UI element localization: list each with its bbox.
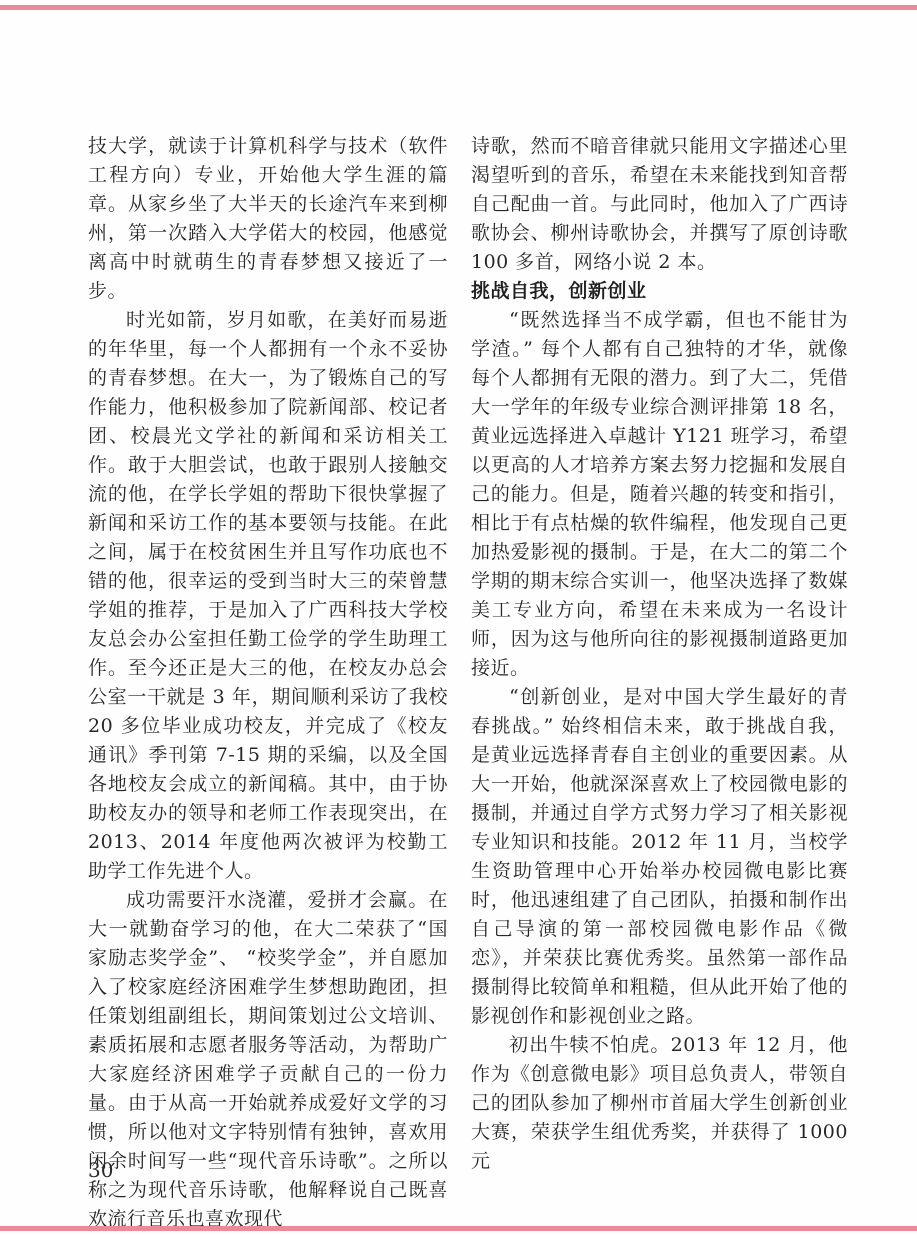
page-content: 技大学，就读于计算机科学与技术（软件工程方向）专业，开始他大学生涯的篇章。从家乡… [88, 132, 848, 1234]
paragraph: 初出牛犊不怕虎。2013 年 12 月，他作为《创意微电影》项目总负责人，带领自… [471, 1031, 848, 1176]
section-heading: 挑战自我，创新创业 [471, 277, 848, 306]
top-accent-rule [0, 5, 917, 10]
paragraph: 技大学，就读于计算机科学与技术（软件工程方向）专业，开始他大学生涯的篇章。从家乡… [88, 132, 448, 306]
paragraph: “既然选择当不成学霸，但也不能甘为学渣。” 每个人都有自己独特的才华，就像每个人… [471, 306, 848, 683]
right-column: 诗歌，然而不暗音律就只能用文字描述心里渴望听到的音乐，希望在未来能找到知音帮自己… [471, 132, 848, 1234]
bottom-accent-rule [0, 1226, 917, 1231]
paragraph: 成功需要汗水浇灌，爱拼才会赢。在大一就勤奋学习的他，在大二荣获了“国家励志奖学金… [88, 886, 448, 1234]
paragraph: 诗歌，然而不暗音律就只能用文字描述心里渴望听到的音乐，希望在未来能找到知音帮自己… [471, 132, 848, 277]
left-column: 技大学，就读于计算机科学与技术（软件工程方向）专业，开始他大学生涯的篇章。从家乡… [88, 132, 448, 1234]
magazine-page: 技大学，就读于计算机科学与技术（软件工程方向）专业，开始他大学生涯的篇章。从家乡… [0, 0, 917, 1235]
paragraph: 时光如箭，岁月如歌，在美好而易逝的年华里，每一个人都拥有一个永不妥协的青春梦想。… [88, 306, 448, 886]
page-number: 30 [88, 1158, 113, 1182]
paragraph: “创新创业，是对中国大学生最好的青春挑战。” 始终相信未来，敢于挑战自我，是黄业… [471, 683, 848, 1031]
